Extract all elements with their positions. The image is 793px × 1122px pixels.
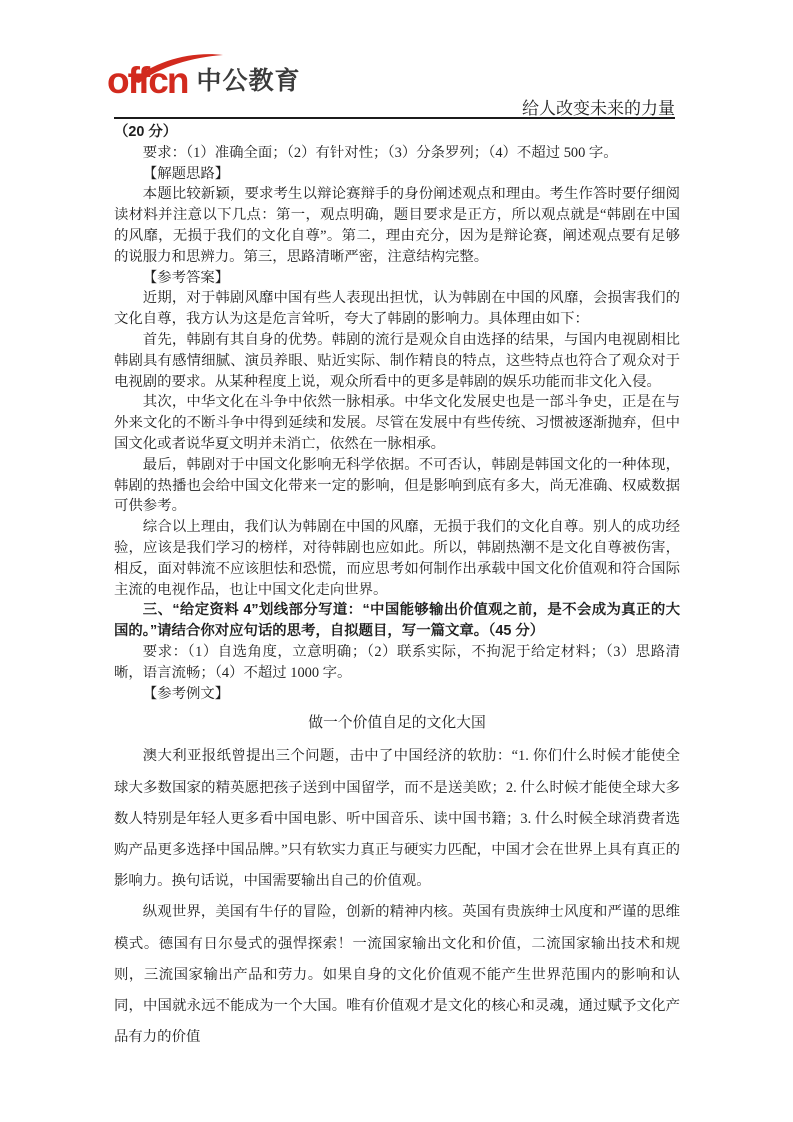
answer-point-1: 首先，韩剧有其自身的优势。韩剧的流行是观众自由选择的结果，与国内电视剧相比韩剧具… xyxy=(114,330,680,392)
header-divider xyxy=(114,117,675,119)
requirements-line: 要求：（1）准确全面；（2）有针对性；（3）分条罗列；（4）不超过 500 字。 xyxy=(114,143,680,164)
essay-paragraph-2: 纵观世界，美国有牛仔的冒险，创新的精神内核。英国有贵族绅士风度和严谨的思维模式。… xyxy=(114,897,680,1053)
document-body: （20 分） 要求：（1）准确全面；（2）有针对性；（3）分条罗列；（4）不超过… xyxy=(114,122,680,1053)
essay-title: 做一个价值自足的文化大国 xyxy=(114,712,680,734)
section-label-cankao-daan: 【参考答案】 xyxy=(114,268,680,289)
section-label-cankao-liwen: 【参考例文】 xyxy=(114,684,680,705)
section-label-jieti-silu: 【解题思路】 xyxy=(114,164,680,185)
header-tagline: 给人改变未来的力量 xyxy=(114,94,675,119)
requirements-line-2: 要求：（1）自选角度，立意明确；（2）联系实际，不拘泥于给定材料；（3）思路清晰… xyxy=(114,642,680,684)
answer-intro-paragraph: 近期，对于韩剧风靡中国有些人表现出担忧，认为韩剧在中国的风靡，会损害我们的文化自… xyxy=(114,288,680,330)
score-heading: （20 分） xyxy=(114,122,680,143)
answer-point-2: 其次，中华文化在斗争中依然一脉相承。中华文化发展史也是一部斗争史，正是在与外来文… xyxy=(114,392,680,454)
answer-point-3: 最后，韩剧对于中国文化影响无科学依据。不可否认，韩剧是韩国文化的一种体现，韩剧的… xyxy=(114,455,680,517)
document-page: offcn中公教育 给人改变未来的力量 （20 分） 要求：（1）准确全面；（2… xyxy=(0,0,793,1122)
analysis-paragraph: 本题比较新颖，要求考生以辩论赛辩手的身份阐述观点和理由。考生作答时要仔细阅读材料… xyxy=(114,184,680,267)
essay-paragraph-1: 澳大利亚报纸曾提出三个问题，击中了中国经济的软肋：“1. 你们什么时候才能使全球… xyxy=(114,741,680,897)
logo-swoosh-icon xyxy=(129,51,225,83)
question-three-heading: 三、“给定资料 4”划线部分写道：“中国能够输出价值观之前，是不会成为真正的大国… xyxy=(114,600,680,642)
answer-conclusion: 综合以上理由，我们认为韩剧在中国的风靡，无损于我们的文化自尊。别人的成功经验，应… xyxy=(114,517,680,600)
